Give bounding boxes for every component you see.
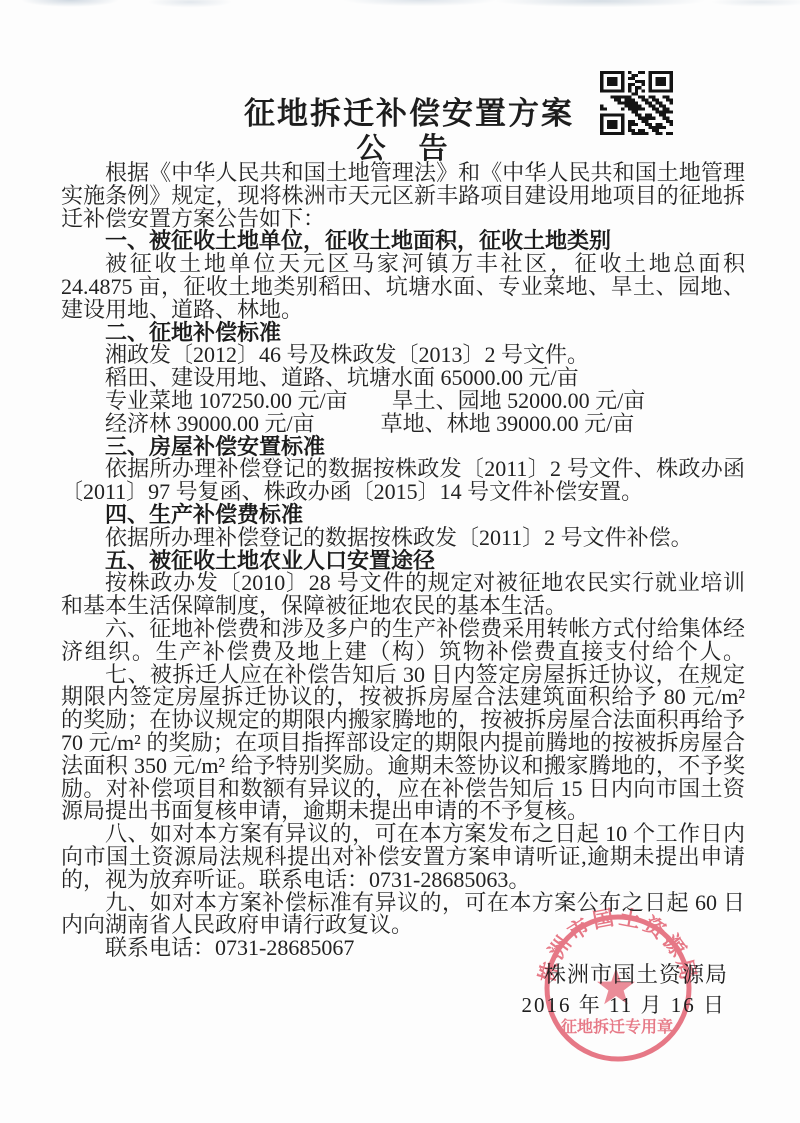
- text-line: 法面积 350 元/m² 给予特别奖励。逾期未签协议和搬家腾地的，不予奖: [61, 755, 745, 778]
- text-line: 实施条例》规定，现将株洲市天元区新丰路项目建设用地项目的征地拆: [61, 185, 745, 208]
- text-line: 经济林 39000.00 元/亩 草地、林地 39000.00 元/亩: [61, 413, 745, 436]
- section-heading: 四、生产补偿费标准: [61, 504, 745, 527]
- text-line: 的，视为放弃听证。联系电话：0731-28685063。: [61, 869, 745, 892]
- text-line: 和基本生活保障制度，保障被征地农民的基本生活。: [61, 595, 745, 618]
- body-lines: 根据《中华人民共和国土地管理法》和《中华人民共和国土地管理实施条例》规定，现将株…: [61, 162, 745, 960]
- text-line: 励。对补偿项目和数额有异议的，应在补偿告知后 15 日内向市国土资: [61, 778, 745, 801]
- text-line: 依据所办理补偿登记的数据按株政发〔2011〕2 号文件补偿。: [61, 527, 745, 550]
- scan-artifact-smudge: [0, 0, 800, 26]
- text-line: 〔2011〕97 号复函、株政办函〔2015〕14 号文件补偿安置。: [61, 481, 745, 504]
- text-line: 济组织。生产补偿费及地上建（构）筑物补偿费直接支付给个人。: [61, 641, 745, 664]
- section-heading: 五、被征收土地农业人口安置途径: [61, 550, 745, 573]
- text-line: 期限内签定房屋拆迁协议的，按被拆房屋合法建筑面积给予 80 元/m²: [61, 686, 745, 709]
- text-line: 稻田、建设用地、道路、坑塘水面 65000.00 元/亩: [61, 367, 745, 390]
- text-line: 70 元/m² 的奖励；在项目指挥部设定的期限内提前腾地的按被拆房屋合: [61, 732, 745, 755]
- qr-code-icon: [600, 71, 673, 135]
- text-line: 迁补偿安置方案公告如下：: [61, 208, 745, 231]
- text-line: 九、如对本方案补偿标准有异议的，可在本方案公布之日起 60 日: [61, 892, 745, 915]
- text-line: 源局提出书面复核申请，逾期未提出申请的不予复核。: [61, 800, 745, 823]
- text-line: 按株政办发〔2010〕28 号文件的规定对被征地农民实行就业培训: [61, 572, 745, 595]
- text-line: 24.4875 亩，征收土地类别稻田、坑塘水面、专业菜地、旱土、园地、: [61, 276, 745, 299]
- text-line: 向市国土资源局法规科提出对补偿安置方案申请听证,逾期未提出申请: [61, 846, 745, 869]
- text-line: 八、如对本方案有异议的，可在本方案发布之日起 10 个工作日内: [61, 823, 745, 846]
- text-line: 联系电话：0731-28685067: [61, 937, 745, 960]
- text-line: 湘政发〔2012〕46 号及株政发〔2013〕2 号文件。: [61, 344, 745, 367]
- section-heading: 一、被征收土地单位，征收土地面积，征收土地类别: [61, 230, 745, 253]
- signature-date: 2016 年 11 月 16 日: [522, 989, 726, 1019]
- text-line: 的奖励；在协议规定的期限内搬家腾地的，按被拆房屋合法面积再给予: [61, 709, 745, 732]
- text-line: 建设用地、道路、林地。: [61, 299, 745, 322]
- text-line: 专业菜地 107250.00 元/亩 旱土、园地 52000.00 元/亩: [61, 390, 745, 413]
- text-line: 被征收土地单位天元区马家河镇万丰社区，征收土地总面积: [61, 253, 745, 276]
- text-line: 依据所办理补偿登记的数据按株政发〔2011〕2 号文件、株政办函: [61, 458, 745, 481]
- seal-bottom-text: 征地拆迁专用章: [561, 1017, 673, 1036]
- text-line: 内向湖南省人民政府申请行政复议。: [61, 914, 745, 937]
- text-line: 六、征地补偿费和涉及多户的生产补偿费采用转帐方式付给集体经: [61, 618, 745, 641]
- section-heading: 二、征地补偿标准: [61, 322, 745, 345]
- section-heading: 三、房屋补偿安置标准: [61, 436, 745, 459]
- text-line: 七、被拆迁人应在补偿告知后 30 日内签定房屋拆迁协议，在规定: [61, 664, 745, 687]
- scanned-announcement-page: 征地拆迁补偿安置方案 公 告 根据《中华人民共和国土地管理法》和《中华人民共和国…: [0, 0, 800, 1123]
- signature-agency: 株洲市国土资源局: [544, 958, 728, 989]
- text-line: 根据《中华人民共和国土地管理法》和《中华人民共和国土地管理: [61, 162, 745, 185]
